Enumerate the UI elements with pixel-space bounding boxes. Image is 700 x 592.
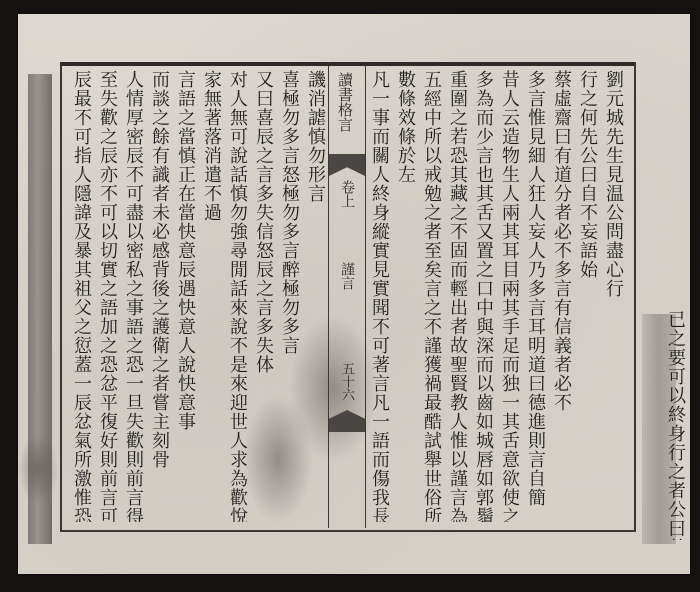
text-column: 喜極勿多言怒極勿多言醉極勿多言 <box>276 70 302 522</box>
text-columns: 劉元城先生見温公問盡心行 已之要可以終身行之者公曰其誠乎劉問 行之何先公曰自不妄… <box>66 70 626 522</box>
text-column: 多為而少言也其舌又置之口中與深而以齒如城唇如郭鬚如戟三 <box>470 70 496 522</box>
text-column: 对人無可說話慎勿強尋閒話來說不是來迎世人求為歡悅便是自 <box>224 70 250 522</box>
fish-tail-mark-top <box>329 154 365 176</box>
text-column: 譏消謔慎勿形言 <box>302 70 328 522</box>
text-column: 辰最不可指人隱諱及暴其祖父之愆蓋一辰忿氣所激惟恐語之不 <box>68 70 94 522</box>
text-column: 凡一事而關人終身縱實見實聞不可著言凡一語而傷我長厚雖聞 <box>366 70 392 522</box>
text-column: 數條效條於左 <box>392 70 418 522</box>
text-column: 重圍之若恐其藏之不固而輕出者故聖賢教人惟以謹言為兢兢四書 <box>444 70 470 522</box>
fish-tail-mark-bottom <box>329 410 365 432</box>
page-number: 五十六 <box>337 362 356 401</box>
text-column: 又曰喜辰之言多失信怒辰之言多失体 <box>250 70 276 522</box>
ink-smudge <box>18 434 58 504</box>
text-column: 已之要可以終身行之者公曰其誠乎劉問 <box>662 292 688 540</box>
volume-label: 卷上 <box>337 180 357 208</box>
text-column: 蔡虛齋曰有道分者必不多言有信義者必不 <box>548 70 574 522</box>
text-column: 言語之當慎正在當快意辰遇快意人說快意事 <box>172 70 198 522</box>
section-label: 謹言 <box>337 262 357 290</box>
center-fold-column: 讀書格言 卷上 謹言 五十六 <box>328 62 366 528</box>
text-column: 五經中所以戒勉之者至矣言之不謹獲禍最酷試舉世俗所易犯者 <box>418 70 444 522</box>
text-column: 而談之餘有識者未必感背後之護衛之者嘗主刻骨 <box>146 70 172 522</box>
text-column: 行之何先公曰自不妄語始 <box>574 70 600 522</box>
text-column: 昔人云造物生人兩其耳目兩其手足而独一其舌意欲使之多聞多見 <box>496 70 522 522</box>
text-column: 家無著落消遣不過 <box>198 70 224 522</box>
text-column: 至失歡之辰亦不可以切實之語加之恐忿平復好則前言可愧大抵忿怒 <box>94 70 120 522</box>
text-column: 多言惟見細人狂人妄人乃多言耳明道曰德進則言自簡 <box>522 70 548 522</box>
text-column: 劉元城先生見温公問盡心行 <box>600 70 626 522</box>
text-column: 人情厚密辰不可盡以密私之事語之恐一旦失歡則前言得憑為定 <box>120 70 146 522</box>
book-title: 讀書格言 <box>335 72 356 132</box>
